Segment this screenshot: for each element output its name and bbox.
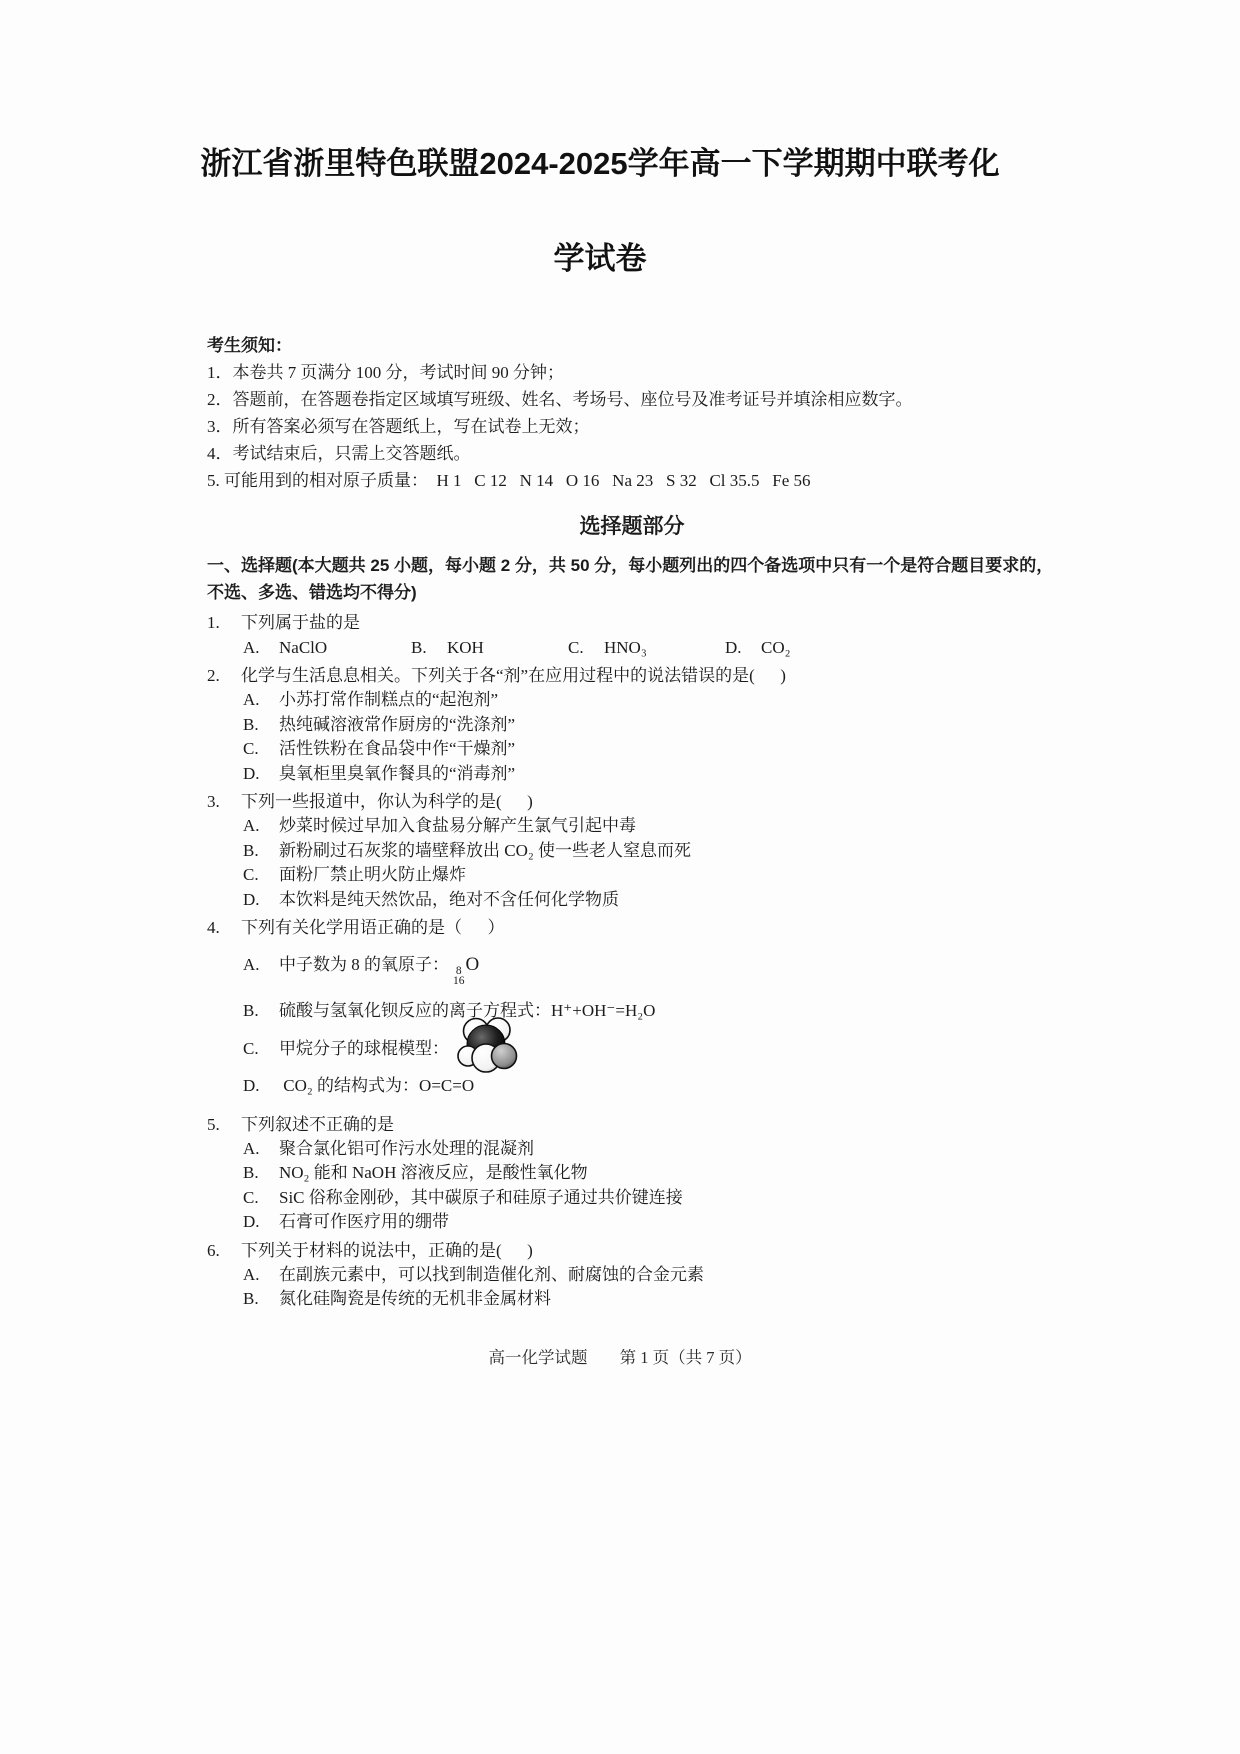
option-label: C. bbox=[243, 863, 279, 888]
notice-item: 2．答题前，在答题卷指定区域填写班级、姓名、考场号、座位号及准考证号并填涂相应数… bbox=[207, 386, 1057, 413]
option-label: B. bbox=[243, 1287, 279, 1312]
option-a: A. 炒菜时候过早加入食盐易分解产生氯气引起中毒 bbox=[243, 814, 1057, 839]
question-4: 4. 下列有关化学用语正确的是（ ） A. 中子数为 8 的氧原子：816O B… bbox=[207, 915, 1057, 1099]
notice-item: 1．本卷共 7 页满分 100 分，考试时间 90 分钟； bbox=[207, 359, 1057, 386]
options-list: A. 中子数为 8 的氧原子：816O B. 硫酸与氢氧化钡反应的离子方程式：H… bbox=[207, 953, 1057, 1099]
section-intro: 一、选择题(本大题共 25 小题，每小题 2 分，共 50 分，每小题列出的四个… bbox=[207, 552, 1057, 606]
option-a: A. 在副族元素中，可以找到制造催化剂、耐腐蚀的合金元素 bbox=[243, 1263, 1057, 1288]
option-d: D. 臭氧柜里臭氧作餐具的“消毒剂” bbox=[243, 762, 1057, 787]
option-b: B. 硫酸与氢氧化钡反应的离子方程式：H⁺+OH⁻=H₂O bbox=[243, 999, 1057, 1024]
question-stem-text: 下列一些报道中，你认为科学的是( ) bbox=[241, 789, 533, 814]
option-label: D. bbox=[243, 888, 279, 913]
question-number: 1. bbox=[207, 610, 241, 635]
section-heading: 选择题部分 bbox=[207, 510, 1057, 540]
isotope-symbol: O bbox=[466, 954, 480, 975]
option-label: D. bbox=[243, 1210, 279, 1235]
option-b: B. KOH bbox=[411, 635, 568, 660]
question-number: 3. bbox=[207, 789, 241, 814]
option-label: B. bbox=[243, 839, 279, 864]
option-text: 活性铁粉在食品袋中作“干燥剂” bbox=[279, 737, 515, 762]
option-label: D. bbox=[243, 1074, 279, 1099]
option-text: 聚合氯化铝可作污水处理的混凝剂 bbox=[279, 1137, 534, 1162]
option-b: B. NO₂ 能和 NaOH 溶液反应，是酸性氧化物 bbox=[243, 1161, 1057, 1186]
question-stem-text: 下列属于盐的是 bbox=[241, 610, 360, 635]
option-label: C. bbox=[243, 737, 279, 762]
option-d: D. 本饮料是纯天然饮品，绝对不含任何化学物质 bbox=[243, 888, 1057, 913]
exam-title-line1: 浙江省浙里特色联盟2024-2025学年高一下学期期中联考化 bbox=[110, 138, 1090, 183]
options-list: A. 聚合氯化铝可作污水处理的混凝剂 B. NO₂ 能和 NaOH 溶液反应，是… bbox=[207, 1137, 1057, 1235]
option-label: D. bbox=[725, 635, 761, 660]
option-label: C. bbox=[243, 1186, 279, 1211]
question-stem: 3. 下列一些报道中，你认为科学的是( ) bbox=[207, 789, 1057, 814]
question-stem-text: 下列关于材料的说法中，正确的是( ) bbox=[241, 1238, 533, 1263]
option-text: CO₂ bbox=[761, 635, 791, 660]
notice-item-atomic-masses: 5. 可能用到的相对原子质量： H 1 C 12 N 14 O 16 Na 23… bbox=[207, 467, 1057, 494]
option-text: 臭氧柜里臭氧作餐具的“消毒剂” bbox=[279, 762, 515, 787]
question-number: 4. bbox=[207, 915, 241, 940]
option-text-label: 甲烷分子的球棍模型： bbox=[279, 1039, 449, 1058]
options-list: A. 在副族元素中，可以找到制造催化剂、耐腐蚀的合金元素 B. 氮化硅陶瓷是传统… bbox=[207, 1263, 1057, 1312]
option-text: 本饮料是纯天然饮品，绝对不含任何化学物质 bbox=[279, 888, 619, 913]
option-label: A. bbox=[243, 1137, 279, 1162]
question-5: 5. 下列叙述不正确的是 A. 聚合氯化铝可作污水处理的混凝剂 B. NO₂ 能… bbox=[207, 1112, 1057, 1235]
option-text: 中子数为 8 的氧原子：816O bbox=[279, 953, 479, 986]
page-footer: 高一化学试题 第 1 页（共 7 页） bbox=[0, 1344, 1240, 1368]
question-stem-text: 下列叙述不正确的是 bbox=[241, 1112, 394, 1137]
isotope-number: 16 bbox=[453, 976, 465, 986]
question-1: 1. 下列属于盐的是 A. NaClO B. KOH C. HNO₃ D. bbox=[207, 610, 1057, 660]
notice-item: 3．所有答案必须写在答题纸上，写在试卷上无效； bbox=[207, 413, 1057, 440]
footer-page-info: 第 1 页（共 7 页） bbox=[620, 1348, 752, 1367]
question-stem-text: 化学与生活息息相关。下列关于各“剂”在应用过程中的说法错误的是( ) bbox=[241, 663, 786, 688]
question-3: 3. 下列一些报道中，你认为科学的是( ) A. 炒菜时候过早加入食盐易分解产生… bbox=[207, 789, 1057, 912]
option-c: C. 活性铁粉在食品袋中作“干燥剂” bbox=[243, 737, 1057, 762]
option-text: NaClO bbox=[279, 635, 327, 660]
option-text: 在副族元素中，可以找到制造催化剂、耐腐蚀的合金元素 bbox=[279, 1263, 704, 1288]
option-a: A. NaClO bbox=[243, 635, 411, 660]
option-text: CO₂ 的结构式为：O=C=O bbox=[279, 1074, 474, 1099]
option-b: B. 热纯碱溶液常作厨房的“洗涤剂” bbox=[243, 713, 1057, 738]
option-text: 甲烷分子的球棍模型： bbox=[279, 1037, 519, 1062]
question-stem: 6. 下列关于材料的说法中，正确的是( ) bbox=[207, 1238, 1057, 1263]
question-number: 5. bbox=[207, 1112, 241, 1137]
option-label: B. bbox=[411, 635, 447, 660]
option-label: A. bbox=[243, 814, 279, 839]
question-2: 2. 化学与生活息息相关。下列关于各“剂”在应用过程中的说法错误的是( ) A.… bbox=[207, 663, 1057, 786]
option-label: C. bbox=[243, 1037, 279, 1062]
option-label: B. bbox=[243, 713, 279, 738]
option-a: A. 小苏打常作制糕点的“起泡剂” bbox=[243, 688, 1057, 713]
exam-title: 浙江省浙里特色联盟2024-2025学年高一下学期期中联考化 学试卷 bbox=[110, 138, 1090, 278]
footer-doc-title: 高一化学试题 bbox=[488, 1348, 587, 1367]
option-b: B. 新粉刷过石灰浆的墙壁释放出 CO₂ 使一些老人窒息而死 bbox=[243, 839, 1057, 864]
notice-item: 4．考试结束后，只需上交答题纸。 bbox=[207, 440, 1057, 467]
question-stem-text: 下列有关化学用语正确的是（ ） bbox=[241, 915, 505, 940]
isotope-notation: 816 bbox=[453, 966, 465, 986]
option-d: D. CO₂ bbox=[725, 635, 791, 660]
option-label: A. bbox=[243, 1263, 279, 1288]
option-text: 石膏可作医疗用的绷带 bbox=[279, 1210, 449, 1235]
exam-title-line2: 学试卷 bbox=[110, 233, 1090, 278]
notice-heading: 考生须知： bbox=[207, 332, 1057, 359]
question-number: 2. bbox=[207, 663, 241, 688]
question-stem: 2. 化学与生活息息相关。下列关于各“剂”在应用过程中的说法错误的是( ) bbox=[207, 663, 1057, 688]
option-b: B. 氮化硅陶瓷是传统的无机非金属材料 bbox=[243, 1287, 1057, 1312]
option-a: A. 中子数为 8 的氧原子：816O bbox=[243, 953, 1057, 986]
option-label: A. bbox=[243, 688, 279, 713]
option-label: B. bbox=[243, 999, 279, 1024]
option-label: A. bbox=[243, 953, 279, 986]
option-c: C. HNO₃ bbox=[568, 635, 725, 660]
methane-model-image bbox=[455, 1017, 519, 1075]
option-text: NO₂ 能和 NaOH 溶液反应，是酸性氧化物 bbox=[279, 1161, 588, 1186]
question-stem: 1. 下列属于盐的是 bbox=[207, 610, 1057, 635]
option-text: 小苏打常作制糕点的“起泡剂” bbox=[279, 688, 498, 713]
option-c: C. 甲烷分子的球棍模型： bbox=[243, 1037, 1057, 1062]
option-label: A. bbox=[243, 635, 279, 660]
option-text: 面粉厂禁止明火防止爆炸 bbox=[279, 863, 466, 888]
option-text: SiC 俗称金刚砂，其中碳原子和硅原子通过共价键连接 bbox=[279, 1186, 683, 1211]
exam-content: 考生须知： 1．本卷共 7 页满分 100 分，考试时间 90 分钟； 2．答题… bbox=[207, 332, 1057, 1312]
question-stem: 4. 下列有关化学用语正确的是（ ） bbox=[207, 915, 1057, 940]
option-d: D. CO₂ 的结构式为：O=C=O bbox=[243, 1074, 1057, 1099]
option-label: B. bbox=[243, 1161, 279, 1186]
option-label: D. bbox=[243, 762, 279, 787]
option-c: C. 面粉厂禁止明火防止爆炸 bbox=[243, 863, 1057, 888]
question-6: 6. 下列关于材料的说法中，正确的是( ) A. 在副族元素中，可以找到制造催化… bbox=[207, 1238, 1057, 1312]
option-d: D. 石膏可作医疗用的绷带 bbox=[243, 1210, 1057, 1235]
candidate-notice: 考生须知： 1．本卷共 7 页满分 100 分，考试时间 90 分钟； 2．答题… bbox=[207, 332, 1057, 494]
option-text: 炒菜时候过早加入食盐易分解产生氯气引起中毒 bbox=[279, 814, 636, 839]
question-number: 6. bbox=[207, 1238, 241, 1263]
option-c: C. SiC 俗称金刚砂，其中碳原子和硅原子通过共价键连接 bbox=[243, 1186, 1057, 1211]
exam-paper-page: 浙江省浙里特色联盟2024-2025学年高一下学期期中联考化 学试卷 考生须知：… bbox=[0, 0, 1240, 1754]
option-label: C. bbox=[568, 635, 604, 660]
option-text: KOH bbox=[447, 635, 484, 660]
options-row: A. NaClO B. KOH C. HNO₃ D. CO₂ bbox=[207, 635, 1057, 660]
isotope-prefix: 中子数为 8 的氧原子： bbox=[279, 955, 449, 974]
question-stem: 5. 下列叙述不正确的是 bbox=[207, 1112, 1057, 1137]
option-text: 氮化硅陶瓷是传统的无机非金属材料 bbox=[279, 1287, 551, 1312]
options-list: A. 炒菜时候过早加入食盐易分解产生氯气引起中毒 B. 新粉刷过石灰浆的墙壁释放… bbox=[207, 814, 1057, 912]
option-text: 热纯碱溶液常作厨房的“洗涤剂” bbox=[279, 713, 515, 738]
option-a: A. 聚合氯化铝可作污水处理的混凝剂 bbox=[243, 1137, 1057, 1162]
option-text: 新粉刷过石灰浆的墙壁释放出 CO₂ 使一些老人窒息而死 bbox=[279, 839, 691, 864]
options-list: A. 小苏打常作制糕点的“起泡剂” B. 热纯碱溶液常作厨房的“洗涤剂” C. … bbox=[207, 688, 1057, 786]
option-text: HNO₃ bbox=[604, 635, 647, 660]
